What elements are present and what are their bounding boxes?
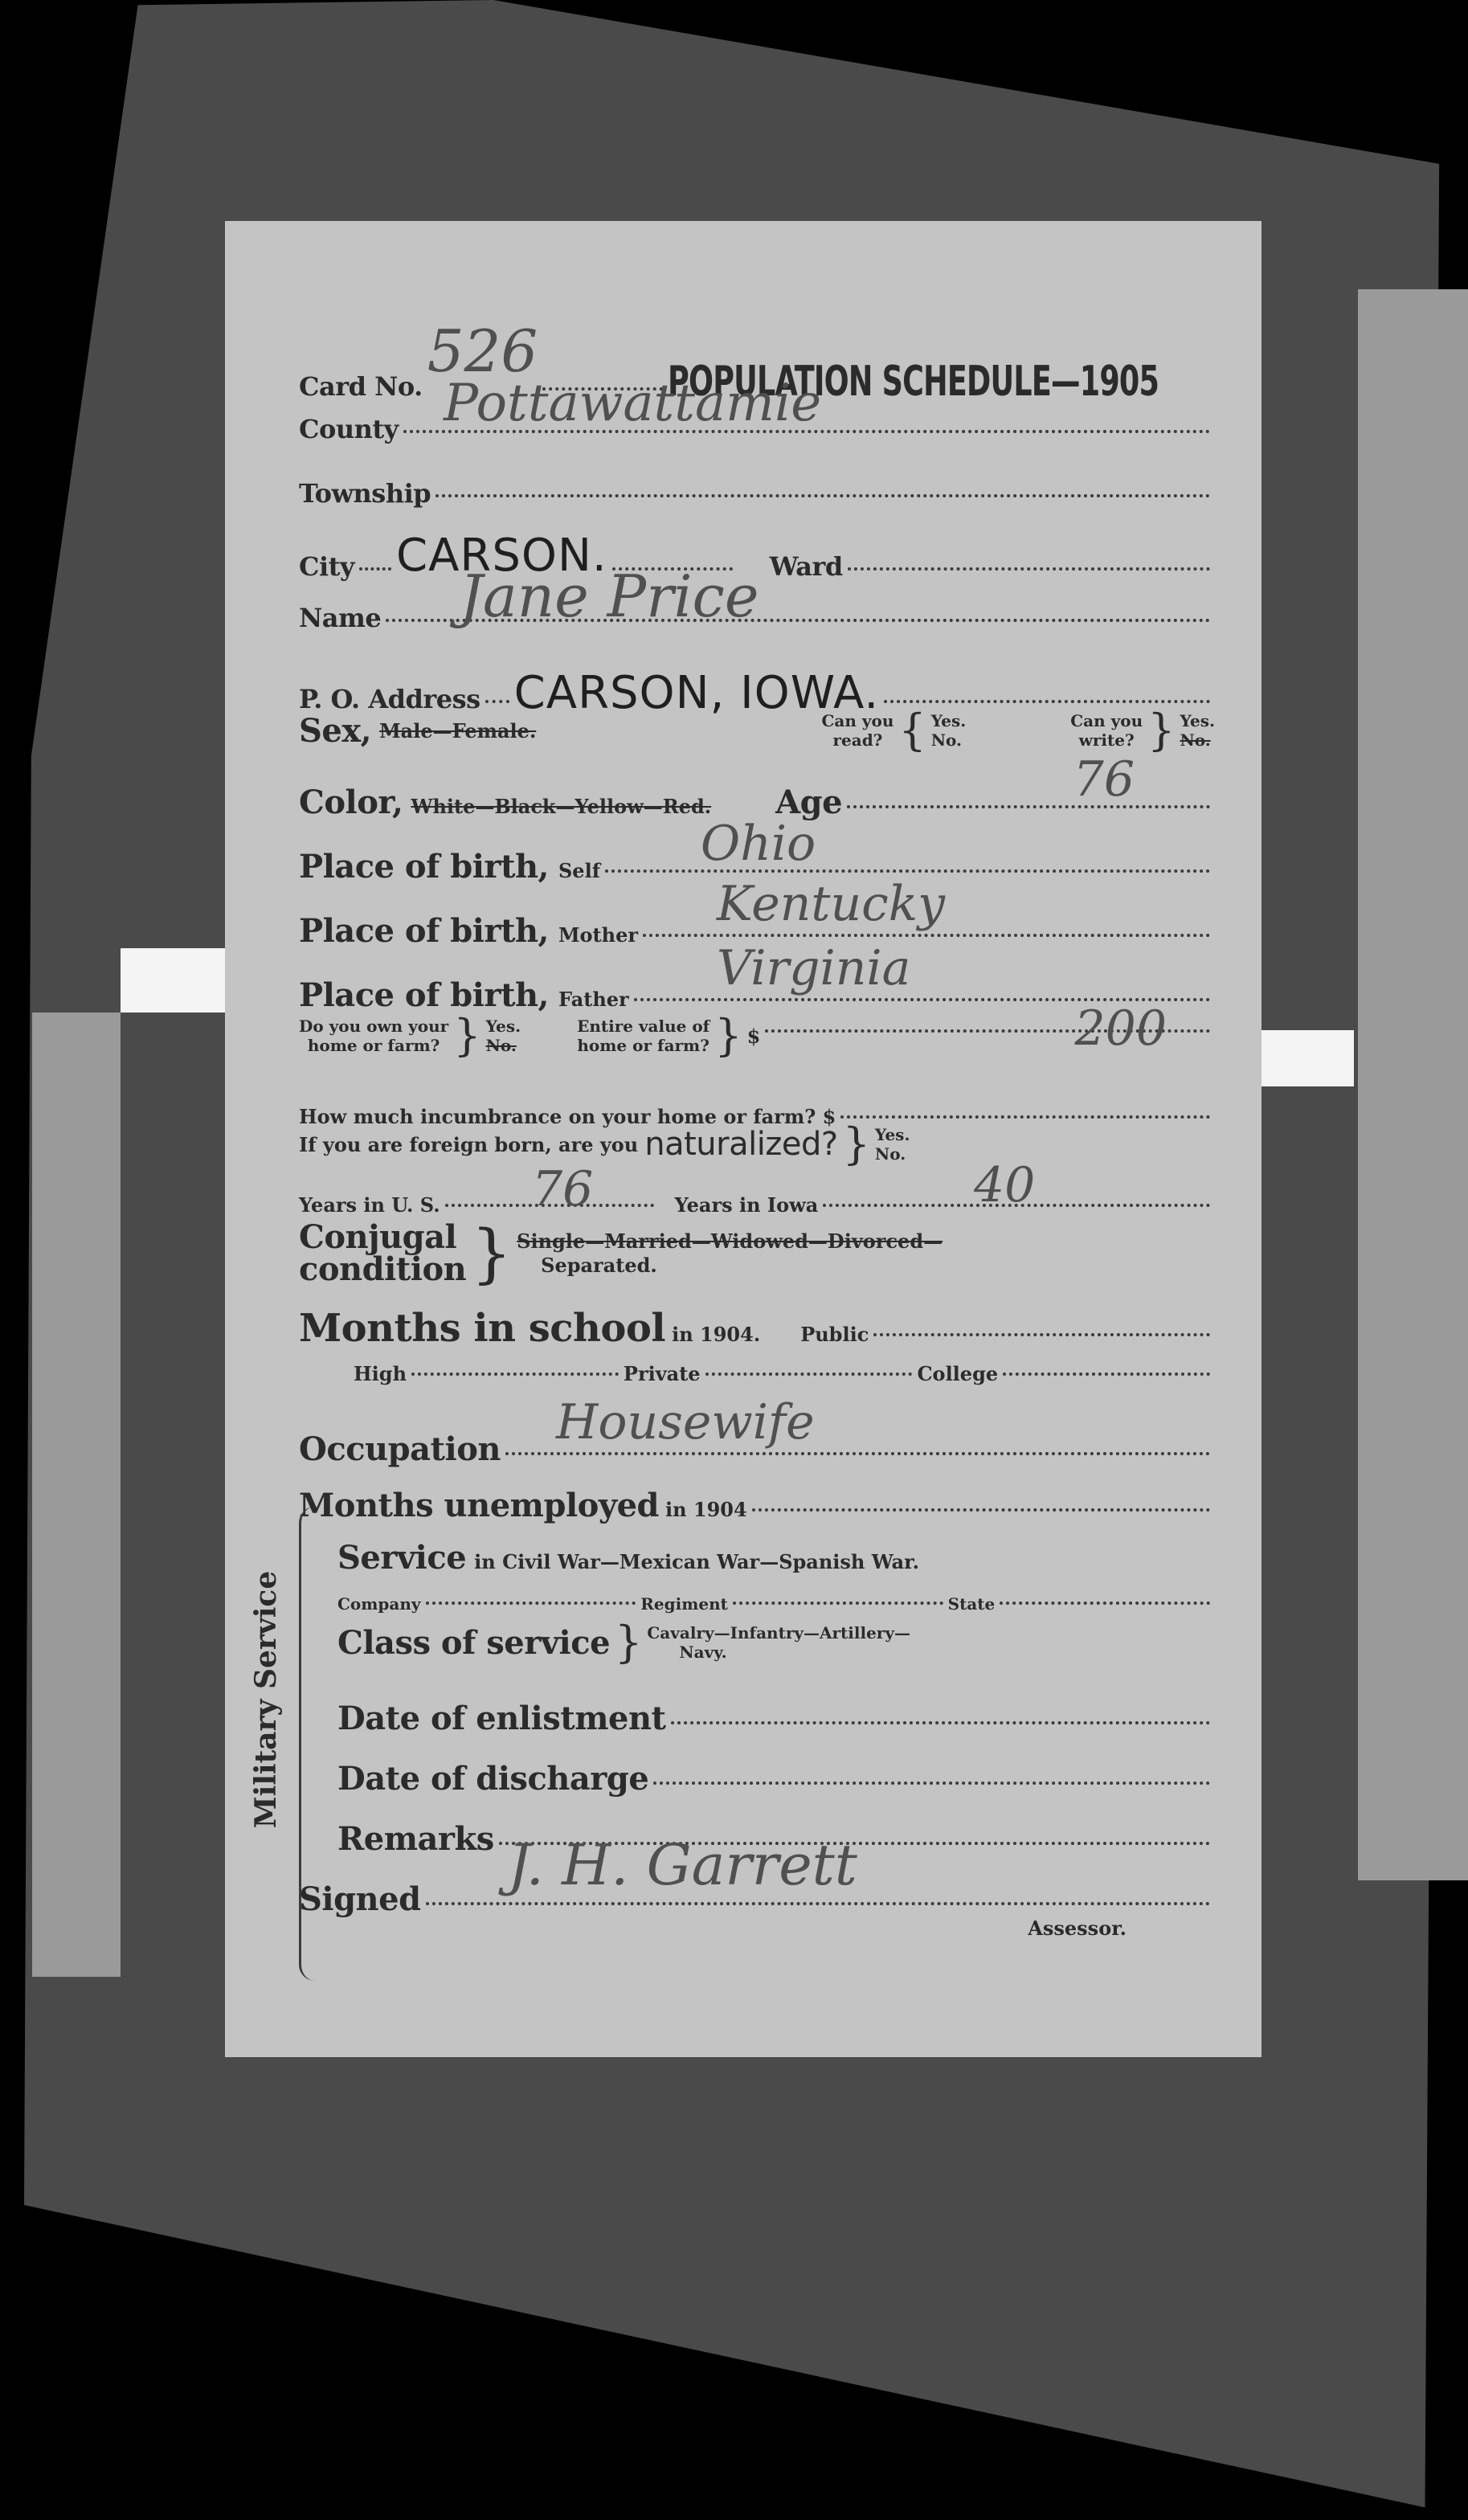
own-home-question: Do you own yourhome or farm?	[299, 1017, 448, 1055]
own-home-options: Yes.No.	[486, 1017, 521, 1055]
years-us-value: 76	[532, 1161, 593, 1217]
years-iowa-value: 40	[974, 1157, 1035, 1213]
service-options: in Civil War—Mexican War—Spanish War.	[474, 1550, 919, 1573]
company-row: Company Regiment State	[337, 1595, 1215, 1613]
write-question: Can youwrite?	[1070, 711, 1143, 750]
po-address-label: P. O. Address	[299, 684, 480, 714]
conjugal-label: Conjugalcondition	[299, 1221, 466, 1286]
assessor-label: Assessor.	[1028, 1917, 1127, 1940]
date-discharge-row: Date of discharge	[337, 1760, 1215, 1798]
public-field	[873, 1333, 1210, 1336]
sex-read-write-row: Sex, Male—Female. Can youread? { Yes.No.…	[299, 711, 1215, 750]
card-no-label: Card No.	[299, 371, 423, 402]
entire-value-value: 200	[1074, 1000, 1167, 1057]
sex-label: Sex,	[299, 712, 371, 750]
years-row: Years in U. S. 76 Years in Iowa 40	[299, 1193, 1215, 1217]
film-light-leak-right	[1257, 1030, 1354, 1086]
college-label: College	[917, 1362, 998, 1385]
date-discharge-label: Date of discharge	[337, 1760, 648, 1798]
naturalized-prefix: If you are foreign born, are you	[299, 1133, 638, 1156]
public-label: Public	[800, 1323, 869, 1346]
home-ownership-row: Do you own yourhome or farm? } Yes.No. E…	[299, 1017, 1215, 1055]
township-row: Township	[299, 478, 1215, 509]
months-unemployed-field	[752, 1508, 1210, 1512]
adjacent-card-right	[1358, 289, 1468, 1880]
township-field	[435, 494, 1210, 497]
naturalized-row: If you are foreign born, are you natural…	[299, 1125, 1215, 1164]
naturalized-options: Yes.No.	[875, 1125, 910, 1164]
remarks-label: Remarks	[337, 1820, 494, 1858]
conjugal-options: Single—Married—Widowed—Divorced— Separat…	[517, 1229, 943, 1278]
population-schedule-card: Card No. 526 POPULATION SCHEDULE—1905 Co…	[225, 221, 1261, 2057]
township-label: Township	[299, 478, 431, 509]
pob-self-sub: Self	[558, 859, 600, 882]
color-options: White—Black—Yellow—Red.	[411, 795, 711, 818]
name-value: Jane Price	[460, 562, 759, 630]
pob-self-value: Ohio	[701, 816, 816, 872]
county-label: County	[299, 414, 399, 444]
read-options: Yes.No.	[931, 711, 967, 750]
pob-label: Place of birth,	[299, 848, 549, 886]
months-unemployed-year: in 1904	[665, 1498, 747, 1521]
state-label: State	[948, 1595, 996, 1613]
occupation-row: Occupation Housewife	[299, 1430, 1215, 1468]
county-row: County Pottawattamie	[299, 414, 1215, 444]
signed-row: Signed J. H. Garrett	[299, 1880, 1215, 1918]
years-us-label: Years in U. S.	[299, 1193, 440, 1217]
date-enlistment-row: Date of enlistment	[337, 1700, 1215, 1737]
company-label: Company	[337, 1595, 421, 1613]
pob-label: Place of birth,	[299, 912, 549, 950]
class-of-service-options: Cavalry—Infantry—Artillery— Navy.	[647, 1623, 910, 1662]
color-label: Color,	[299, 783, 403, 821]
sex-options: Male—Female.	[379, 719, 536, 742]
service-label: Service	[337, 1539, 466, 1577]
read-question: Can youread?	[822, 711, 894, 750]
occupation-label: Occupation	[299, 1430, 501, 1468]
occupation-value: Housewife	[556, 1394, 815, 1450]
date-discharge-field	[653, 1782, 1210, 1785]
write-options: Yes.No.	[1180, 711, 1216, 750]
pob-mother-value: Kentucky	[717, 876, 945, 932]
date-enlistment-label: Date of enlistment	[337, 1700, 666, 1737]
city-label: City	[299, 551, 354, 582]
pob-label: Place of birth,	[299, 976, 549, 1014]
signed-label: Signed	[299, 1880, 421, 1918]
entire-value-currency: $	[747, 1025, 761, 1048]
conjugal-row: Conjugalcondition } Single—Married—Widow…	[299, 1221, 1215, 1286]
months-school-label: Months in school	[299, 1306, 665, 1351]
months-unemployed-label: Months unemployed	[299, 1487, 659, 1524]
service-row: Service in Civil War—Mexican War—Spanish…	[337, 1539, 1215, 1577]
entire-value-question: Entire value ofhome or farm?	[577, 1017, 709, 1055]
name-row: Name Jane Price	[299, 603, 1215, 633]
age-value: 76	[1073, 751, 1135, 808]
adjacent-card-left	[32, 1012, 121, 1977]
high-label: High	[354, 1362, 407, 1385]
incumbrance-field	[840, 1115, 1210, 1119]
pob-father-value: Virginia	[717, 940, 910, 996]
military-service-label: Military Service	[249, 1539, 297, 1860]
county-value: Pottawattamie	[444, 374, 821, 433]
signed-value: J. H. Garrett	[508, 1832, 857, 1898]
naturalized-word: naturalized?	[644, 1126, 837, 1163]
regiment-label: Regiment	[640, 1595, 728, 1613]
school-types-row: High Private College	[354, 1362, 1215, 1385]
class-of-service-label: Class of service	[337, 1624, 610, 1662]
private-label: Private	[624, 1362, 701, 1385]
pob-mother-sub: Mother	[558, 923, 638, 947]
months-unemployed-row: Months unemployed in 1904	[299, 1487, 1215, 1524]
name-label: Name	[299, 603, 381, 633]
months-school-year: in 1904.	[672, 1323, 760, 1346]
ward-field	[848, 567, 1210, 571]
ward-label: Ward	[770, 551, 843, 582]
assessor-row: Assessor.	[299, 1917, 1215, 1940]
film-light-leak-left	[121, 948, 229, 1012]
years-iowa-label: Years in Iowa	[675, 1193, 819, 1217]
pob-father-sub: Father	[558, 988, 629, 1011]
months-school-row: Months in school in 1904. Public	[299, 1306, 1215, 1351]
class-of-service-row: Class of service } Cavalry—Infantry—Arti…	[337, 1623, 1215, 1662]
date-enlistment-field	[671, 1721, 1210, 1724]
